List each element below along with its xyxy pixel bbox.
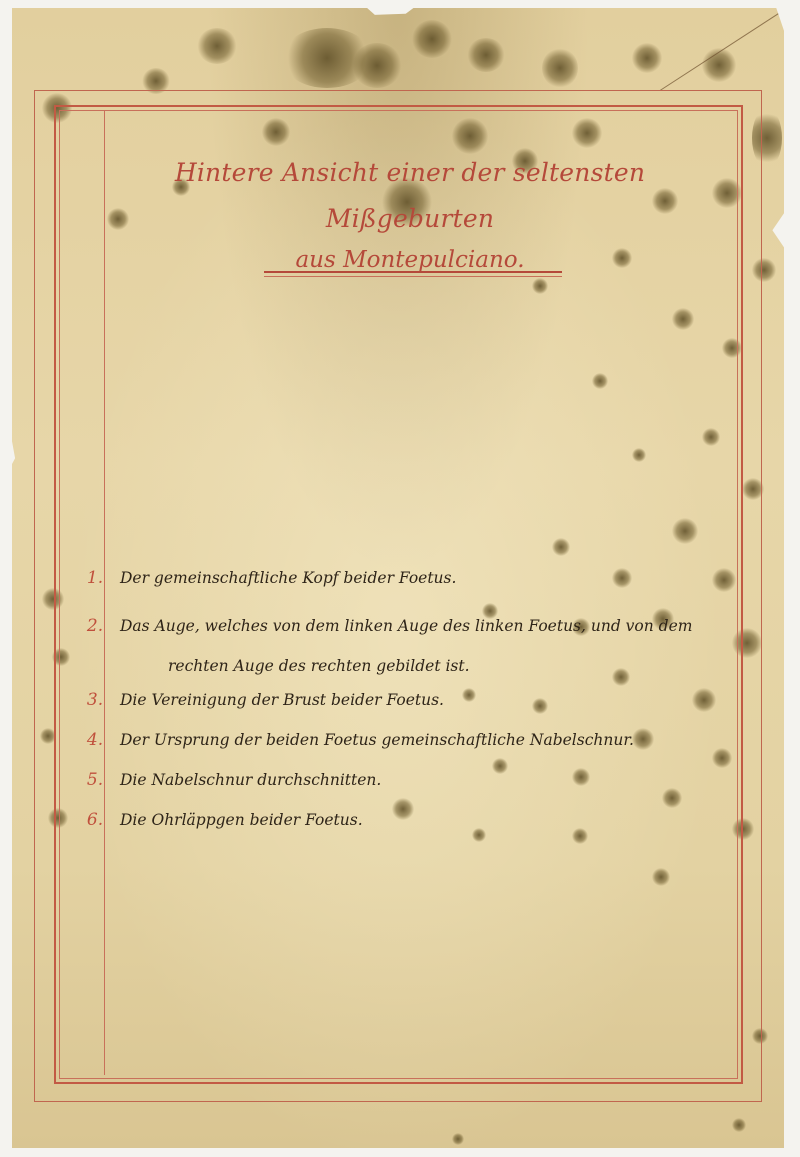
legend-number: 1. xyxy=(80,566,110,590)
legend-number: 2. xyxy=(80,614,110,638)
legend-item: 2. Das Auge, welches von dem linken Auge… xyxy=(80,606,720,688)
legend-text: Die Nabelschnur durchschnitten. xyxy=(110,768,381,792)
legend-text: Die Ohrläppgen beider Foetus. xyxy=(110,808,363,832)
legend-number: 3. xyxy=(80,688,110,712)
title-underline xyxy=(264,271,562,273)
page-title: Hintere Ansicht einer der seltensten Miß… xyxy=(110,150,710,278)
legend-text: Die Vereinigung der Brust beider Foetus. xyxy=(110,688,444,712)
legend-text: Der gemeinschaftliche Kopf beider Foetus… xyxy=(110,566,456,590)
legend-text-continuation: rechten Auge des rechten gebildet ist. xyxy=(120,646,692,686)
legend-item: 4. Der Ursprung der beiden Foetus gemein… xyxy=(80,728,720,768)
legend-item: 3. Die Vereinigung der Brust beider Foet… xyxy=(80,688,720,728)
legend-text: Das Auge, welches von dem linken Auge de… xyxy=(120,617,692,635)
legend-number: 5. xyxy=(80,768,110,792)
legend-text: Der Ursprung der beiden Foetus gemeinsch… xyxy=(110,728,634,752)
legend-text-wrap: Das Auge, welches von dem linken Auge de… xyxy=(110,606,692,686)
legend-item: 1. Der gemeinschaftliche Kopf beider Foe… xyxy=(80,566,720,606)
title-line-1: Hintere Ansicht einer der seltensten Miß… xyxy=(110,150,710,242)
legend-item: 5. Die Nabelschnur durchschnitten. xyxy=(80,768,720,808)
legend-list: 1. Der gemeinschaftliche Kopf beider Foe… xyxy=(80,566,720,848)
legend-number: 6. xyxy=(80,808,110,832)
legend-number: 4. xyxy=(80,728,110,752)
legend-item: 6. Die Ohrläppgen beider Foetus. xyxy=(80,808,720,848)
